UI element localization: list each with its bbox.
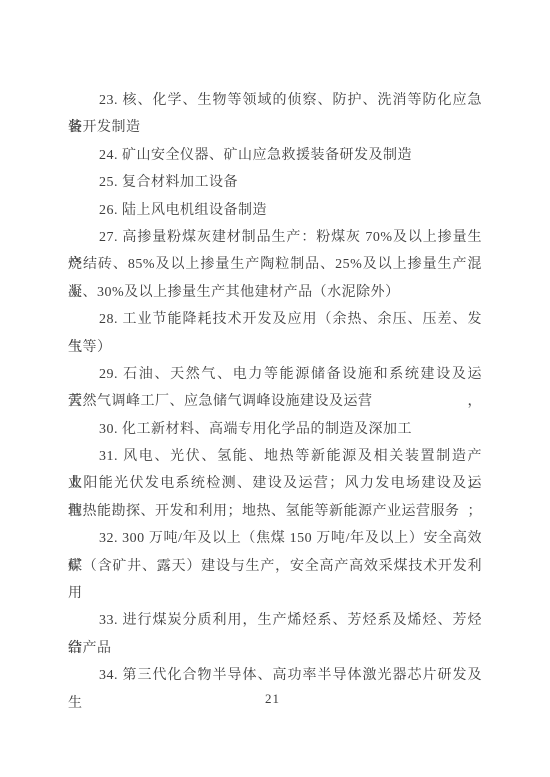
list-item-26: 26. 陆上风电机组设备制造 bbox=[68, 197, 482, 224]
list-item-34: 34. 第三代化合物半导体、高功率半导体激光器芯片研发及生 bbox=[68, 662, 482, 689]
text-line: 25. 复合材料加工设备 bbox=[68, 169, 482, 196]
text-line: 24. 矿山安全仪器、矿山应急救援装备研发及制造 bbox=[68, 142, 482, 169]
list-item-28: 28. 工业节能降耗技术开发及应用（余热、余压、压差、发生气等） bbox=[68, 306, 482, 361]
text-line: 31. 风电、光伏、氢能、地热等新能源及相关装置制造产业； bbox=[68, 443, 482, 470]
document-body: 23. 核、化学、生物等领域的侦察、防护、洗消等防化应急装备开发制造24. 矿山… bbox=[68, 87, 482, 690]
text-line: 合产品 bbox=[68, 635, 482, 662]
text-line: 26. 陆上风电机组设备制造 bbox=[68, 197, 482, 224]
text-line: 土、30%及以上掺量生产其他建材产品（水泥除外） bbox=[68, 279, 482, 306]
text-line: 29. 石油、天然气、电力等能源储备设施和系统建设及运营， bbox=[68, 361, 482, 388]
text-line: 气等） bbox=[68, 334, 482, 361]
text-line: 30. 化工新材料、高端专用化学品的制造及深加工 bbox=[68, 416, 482, 443]
list-item-32: 32. 300 万吨/年及以上（焦煤 150 万吨/年及以上）安全高效煤矿（含矿… bbox=[68, 525, 482, 607]
text-line: 34. 第三代化合物半导体、高功率半导体激光器芯片研发及生 bbox=[68, 662, 482, 689]
list-item-33: 33. 进行煤炭分质利用，生产烯烃系、芳烃系及烯烃、芳烃结合产品 bbox=[68, 607, 482, 662]
list-item-23: 23. 核、化学、生物等领域的侦察、防护、洗消等防化应急装备开发制造 bbox=[68, 87, 482, 142]
list-item-31: 31. 风电、光伏、氢能、地热等新能源及相关装置制造产业；太阳能光伏发电系统检测… bbox=[68, 443, 482, 525]
text-line: 32. 300 万吨/年及以上（焦煤 150 万吨/年及以上）安全高效煤 bbox=[68, 525, 482, 552]
text-line: 地热能勘探、开发和利用；地热、氢能等新能源产业运营服务 bbox=[68, 498, 482, 525]
list-item-27: 27. 高掺量粉煤灰建材制品生产：粉煤灰 70%及以上掺量生产烧结砖、85%及以… bbox=[68, 224, 482, 306]
text-line: 33. 进行煤炭分质利用，生产烯烃系、芳烃系及烯烃、芳烃结 bbox=[68, 607, 482, 634]
text-line: 27. 高掺量粉煤灰建材制品生产：粉煤灰 70%及以上掺量生产 bbox=[68, 224, 482, 251]
page-number: 21 bbox=[0, 690, 545, 708]
list-item-30: 30. 化工新材料、高端专用化学品的制造及深加工 bbox=[68, 416, 482, 443]
text-line: 28. 工业节能降耗技术开发及应用（余热、余压、压差、发生 bbox=[68, 306, 482, 333]
text-line: 太阳能光伏发电系统检测、建设及运营；风力发电场建设及运营； bbox=[68, 470, 482, 497]
text-line: 23. 核、化学、生物等领域的侦察、防护、洗消等防化应急装 bbox=[68, 87, 482, 114]
list-item-24: 24. 矿山安全仪器、矿山应急救援装备研发及制造 bbox=[68, 142, 482, 169]
text-line: 备开发制造 bbox=[68, 114, 482, 141]
text-line: 矿（含矿井、露天）建设与生产，安全高产高效采煤技术开发利 bbox=[68, 553, 482, 580]
text-line: 用 bbox=[68, 580, 482, 607]
list-item-29: 29. 石油、天然气、电力等能源储备设施和系统建设及运营，天然气调峰工厂、应急储… bbox=[68, 361, 482, 416]
text-line: 烧结砖、85%及以上掺量生产陶粒制品、25%及以上掺量生产混凝 bbox=[68, 251, 482, 278]
list-item-25: 25. 复合材料加工设备 bbox=[68, 169, 482, 196]
document-page: 23. 核、化学、生物等领域的侦察、防护、洗消等防化应急装备开发制造24. 矿山… bbox=[0, 0, 550, 777]
